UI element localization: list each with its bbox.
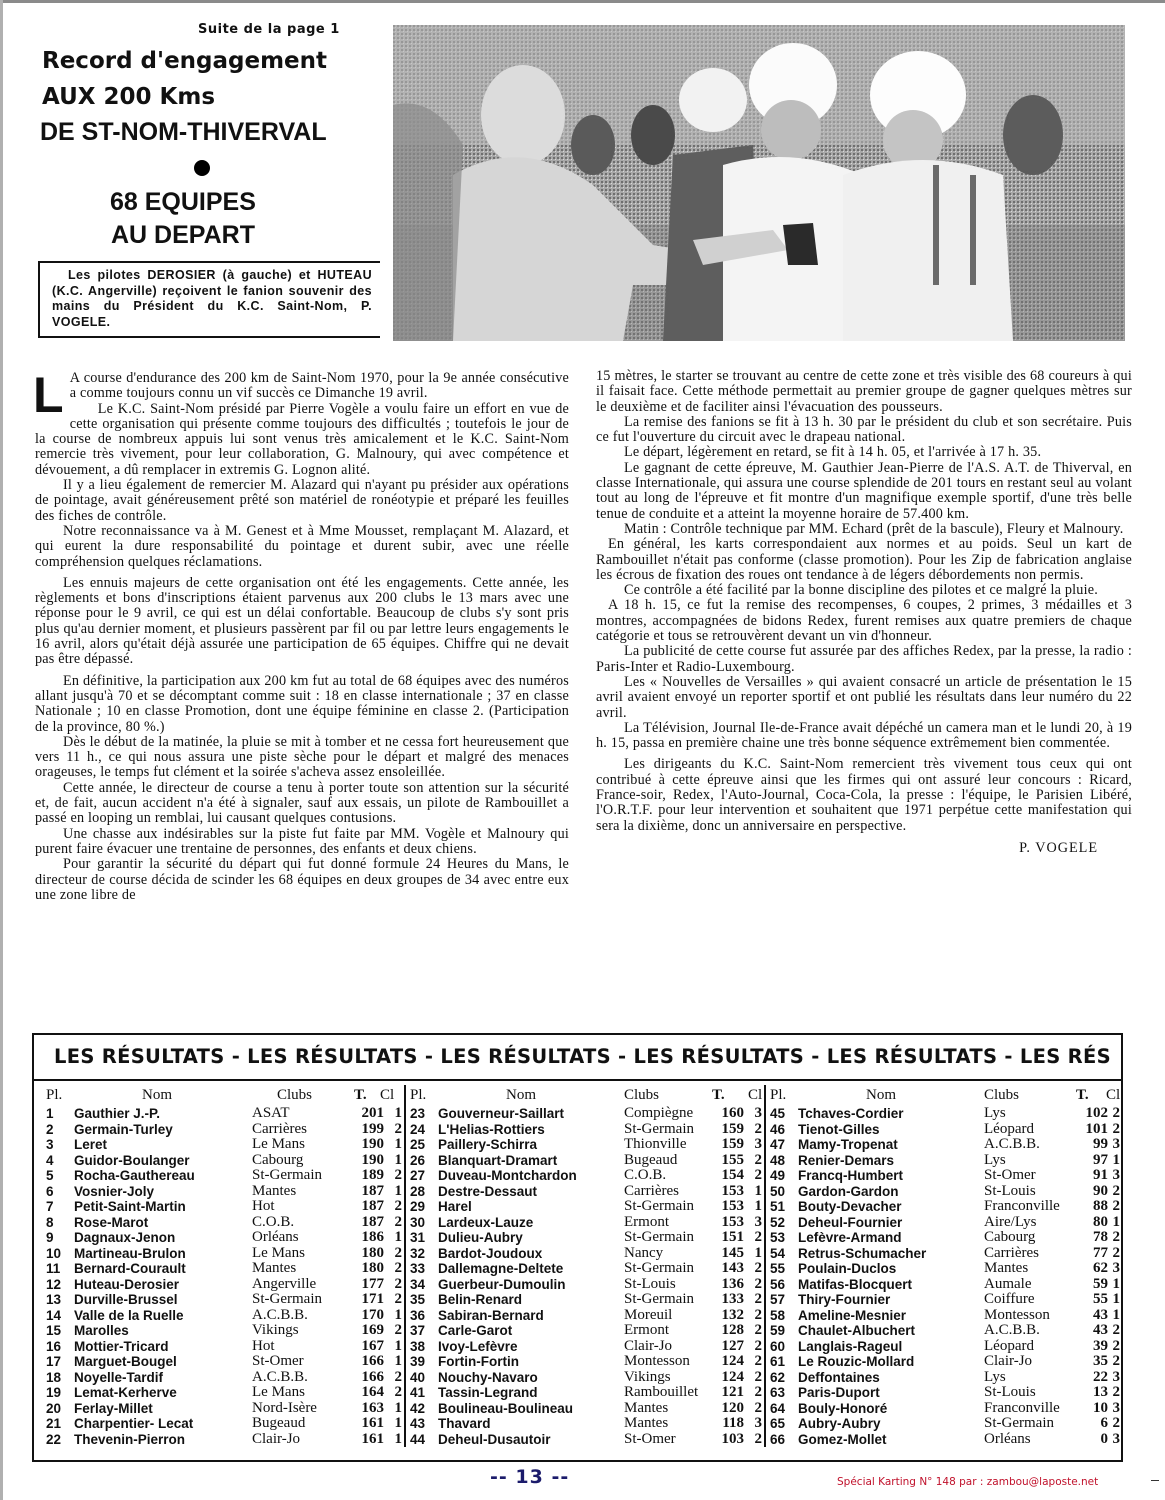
team-name: Rocha-Gauthereau	[74, 1168, 195, 1184]
class: 2	[388, 1385, 402, 1401]
drop-cap: L	[33, 374, 64, 418]
article-paragraph: Matin : Contrôle technique par MM. Echar…	[596, 522, 1132, 537]
table-row: 4Guidor-BoulangerCabourg1901	[42, 1153, 402, 1169]
place: 30	[410, 1215, 436, 1231]
team-name: Deffontaines	[798, 1370, 880, 1386]
table-row: 39Fortin-FortinMontesson1242	[406, 1354, 766, 1370]
laps: 164	[352, 1385, 384, 1401]
table-row: 34Guerbeur-DumoulinSt-Louis1362	[406, 1277, 766, 1293]
caption-text: Les pilotes DEROSIER (à gauche) et HUTEA…	[52, 268, 372, 329]
club-name: Thionville	[624, 1137, 687, 1153]
team-name: Guerbeur-Dumoulin	[438, 1277, 566, 1293]
laps: 169	[352, 1323, 384, 1339]
club-name: St-Omer	[984, 1168, 1036, 1184]
column-header-t: T.	[712, 1087, 732, 1104]
club-name: Cabourg	[984, 1230, 1035, 1246]
laps: 166	[352, 1370, 384, 1386]
table-row: 48Renier-DemarsLys971	[766, 1153, 1122, 1169]
table-row: 43ThavardMantes1183	[406, 1416, 766, 1432]
team-name: Paillery-Schirra	[438, 1137, 537, 1153]
place: 44	[410, 1432, 436, 1448]
team-name: Vosnier-Joly	[74, 1184, 154, 1200]
place: 54	[770, 1246, 796, 1262]
results-header-row: Pl.NomClubsT.Cl	[406, 1087, 766, 1106]
table-row: 66Gomez-MolletOrléans03	[766, 1432, 1122, 1448]
laps: 166	[352, 1354, 384, 1370]
place: 65	[770, 1416, 796, 1432]
class: 3	[748, 1416, 762, 1432]
place: 17	[46, 1354, 72, 1370]
team-name: Ameline-Mesnier	[798, 1308, 906, 1324]
class: 2	[1106, 1339, 1120, 1355]
class: 3	[1106, 1168, 1120, 1184]
class: 2	[1106, 1184, 1120, 1200]
club-name: Aumale	[984, 1277, 1031, 1293]
table-row: 19Lemat-KerherveLe Mans1642	[42, 1385, 402, 1401]
photo-caption: Les pilotes DEROSIER (à gauche) et HUTEA…	[38, 261, 380, 338]
club-name: Clair-Jo	[624, 1339, 672, 1355]
table-row: 41Tassin-LegrandRambouillet1212	[406, 1385, 766, 1401]
team-name: Francq-Humbert	[798, 1168, 903, 1184]
laps: 121	[712, 1385, 744, 1401]
place: 19	[46, 1385, 72, 1401]
place: 51	[770, 1199, 796, 1215]
table-row: 26Blanquart-DramartBugeaud1552	[406, 1153, 766, 1169]
class: 2	[748, 1308, 762, 1324]
class: 3	[748, 1215, 762, 1231]
table-row: 7Petit-Saint-MartinHot1872	[42, 1199, 402, 1215]
class: 1	[1106, 1308, 1120, 1324]
team-name: Tienot-Gilles	[798, 1122, 880, 1138]
team-name: Harel	[438, 1199, 472, 1215]
place: 47	[770, 1137, 796, 1153]
class: 2	[1106, 1323, 1120, 1339]
table-row: 16Mottier-TricardHot1671	[42, 1339, 402, 1355]
class: 1	[388, 1230, 402, 1246]
class: 1	[388, 1106, 402, 1122]
laps: 160	[712, 1106, 744, 1122]
place: 5	[46, 1168, 72, 1184]
place: 62	[770, 1370, 796, 1386]
place: 28	[410, 1184, 436, 1200]
club-name: Hot	[252, 1199, 275, 1215]
class: 3	[1106, 1401, 1120, 1417]
table-row: 38Ivoy-LefèvreClair-Jo1272	[406, 1339, 766, 1355]
class: 1	[388, 1401, 402, 1417]
class: 2	[748, 1292, 762, 1308]
article-right-column: 15 mètres, le starter se trouvant au cen…	[596, 369, 1132, 856]
table-row: 64Bouly-HonoréFranconville103	[766, 1401, 1122, 1417]
laps: 133	[712, 1292, 744, 1308]
place: 38	[410, 1339, 436, 1355]
results-column-3: Pl.NomClubsT.Cl45Tchaves-CordierLys10224…	[764, 1085, 1122, 1447]
team-name: Thavard	[438, 1416, 491, 1432]
headline-line-4: 68 EQUIPES	[110, 188, 256, 217]
team-name: Sabiran-Bernard	[438, 1308, 544, 1324]
club-name: St-Omer	[624, 1432, 676, 1448]
laps: 132	[712, 1308, 744, 1324]
laps: 6	[1076, 1416, 1108, 1432]
laps: 186	[352, 1230, 384, 1246]
place: 48	[770, 1153, 796, 1169]
class: 1	[388, 1339, 402, 1355]
class: 2	[388, 1323, 402, 1339]
club-name: Angerville	[252, 1277, 316, 1293]
club-name: Carrières	[984, 1246, 1039, 1262]
club-name: A.C.B.B.	[252, 1308, 308, 1324]
class: 2	[748, 1230, 762, 1246]
column-header-nom: Nom	[506, 1087, 536, 1104]
class: 2	[748, 1122, 762, 1138]
table-row: 1Gauthier J.-P.ASAT2011	[42, 1106, 402, 1122]
club-name: C.O.B.	[252, 1215, 294, 1231]
article-signature: P. VOGELE	[596, 841, 1132, 856]
column-header-clubs: Clubs	[277, 1087, 312, 1104]
class: 2	[1106, 1230, 1120, 1246]
laps: 62	[1076, 1261, 1108, 1277]
class: 3	[748, 1137, 762, 1153]
team-name: Dallemagne-Deltete	[438, 1261, 563, 1277]
place: 3	[46, 1137, 72, 1153]
article-paragraph: La remise des fanions se fit à 13 h. 30 …	[596, 415, 1132, 446]
team-name: Lefèvre-Armand	[798, 1230, 902, 1246]
laps: 154	[712, 1168, 744, 1184]
laps: 43	[1076, 1308, 1108, 1324]
results-table: LES RÉSULTATS - LES RÉSULTATS - LES RÉSU…	[32, 1033, 1123, 1462]
club-name: C.O.B.	[624, 1168, 666, 1184]
team-name: Duveau-Montchardon	[438, 1168, 577, 1184]
class: 3	[1106, 1432, 1120, 1448]
team-name: Le Rouzic-Mollard	[798, 1354, 914, 1370]
class: 1	[388, 1153, 402, 1169]
place: 41	[410, 1385, 436, 1401]
class: 3	[1106, 1370, 1120, 1386]
club-name: Mantes	[252, 1261, 296, 1277]
laps: 88	[1076, 1199, 1108, 1215]
table-row: 15MarollesVikings1692	[42, 1323, 402, 1339]
class: 2	[1106, 1106, 1120, 1122]
laps: 153	[712, 1184, 744, 1200]
class: 2	[388, 1261, 402, 1277]
club-name: Léopard	[984, 1339, 1034, 1355]
team-name: Thiry-Fournier	[798, 1292, 890, 1308]
laps: 22	[1076, 1370, 1108, 1386]
laps: 124	[712, 1354, 744, 1370]
team-name: Lardeux-Lauze	[438, 1215, 533, 1231]
class: 1	[748, 1184, 762, 1200]
club-name: St-Germain	[624, 1292, 694, 1308]
laps: 180	[352, 1261, 384, 1277]
credit-line: Spécial Karting N° 148 par : zambou@lapo…	[837, 1476, 1098, 1488]
team-name: Marolles	[74, 1323, 129, 1339]
team-name: Bernard-Courault	[74, 1261, 186, 1277]
table-row: 32Bardot-JoudouxNancy1451	[406, 1246, 766, 1262]
club-name: Mantes	[252, 1184, 296, 1200]
team-name: Blanquart-Dramart	[438, 1153, 557, 1169]
laps: 161	[352, 1432, 384, 1448]
place: 34	[410, 1277, 436, 1293]
article-left-column: LA course d'endurance des 200 km de Sain…	[35, 371, 569, 903]
table-row: 27Duveau-MontchardonC.O.B.1542	[406, 1168, 766, 1184]
place: 8	[46, 1215, 72, 1231]
class: 2	[748, 1153, 762, 1169]
club-name: A.C.B.B.	[984, 1137, 1040, 1153]
article-paragraph: Notre reconnaissance va à M. Genest et à…	[35, 524, 569, 570]
class: 2	[388, 1246, 402, 1262]
laps: 145	[712, 1246, 744, 1262]
club-name: Orléans	[984, 1432, 1031, 1448]
table-row: 35Belin-RenardSt-Germain1332	[406, 1292, 766, 1308]
class: 2	[748, 1385, 762, 1401]
class: 2	[748, 1432, 762, 1448]
team-name: Poulain-Duclos	[798, 1261, 896, 1277]
class: 2	[748, 1168, 762, 1184]
article-paragraph: Le K.C. Saint-Nom présidé par Pierre Vog…	[35, 402, 569, 478]
place: 29	[410, 1199, 436, 1215]
article-paragraph: Les ennuis majeurs de cette organisation…	[35, 576, 569, 668]
laps: 13	[1076, 1385, 1108, 1401]
laps: 189	[352, 1168, 384, 1184]
class: 2	[748, 1277, 762, 1293]
laps: 80	[1076, 1215, 1108, 1231]
place: 9	[46, 1230, 72, 1246]
results-column-2: Pl.NomClubsT.Cl23Gouverneur-SaillartComp…	[404, 1085, 766, 1447]
club-name: St-Germain	[624, 1199, 694, 1215]
team-name: Carle-Garot	[438, 1323, 512, 1339]
team-name: Aubry-Aubry	[798, 1416, 881, 1432]
article-paragraph: Dès le début de la matinée, la pluie se …	[35, 735, 569, 781]
class: 2	[388, 1199, 402, 1215]
article-paragraph: A 18 h. 15, ce fut la remise des recompe…	[596, 598, 1132, 644]
place: 49	[770, 1168, 796, 1184]
laps: 127	[712, 1339, 744, 1355]
place: 16	[46, 1339, 72, 1355]
laps: 167	[352, 1339, 384, 1355]
article-paragraph: En définitive, la participation aux 200 …	[35, 674, 569, 735]
table-row: 65Aubry-AubrySt-Germain62	[766, 1416, 1122, 1432]
column-header-cl: Cl	[1106, 1087, 1126, 1104]
club-name: Franconville	[984, 1199, 1060, 1215]
table-row: 61Le Rouzic-MollardClair-Jo352	[766, 1354, 1122, 1370]
class: 2	[1106, 1122, 1120, 1138]
class: 2	[1106, 1354, 1120, 1370]
class: 2	[748, 1261, 762, 1277]
laps: 78	[1076, 1230, 1108, 1246]
column-header-pl: Pl.	[46, 1087, 72, 1104]
table-row: 31Dulieu-AubrySt-Germain1512	[406, 1230, 766, 1246]
club-name: St-Germain	[624, 1122, 694, 1138]
place: 15	[46, 1323, 72, 1339]
table-row: 29HarelSt-Germain1531	[406, 1199, 766, 1215]
club-name: Hot	[252, 1339, 275, 1355]
team-name: Deheul-Dusautoir	[438, 1432, 551, 1448]
table-row: 47Mamy-TropenatA.C.B.B.993	[766, 1137, 1122, 1153]
place: 50	[770, 1184, 796, 1200]
place: 27	[410, 1168, 436, 1184]
club-name: Vikings	[252, 1323, 299, 1339]
results-header-row: Pl.NomClubsT.Cl	[766, 1087, 1122, 1106]
club-name: Carrières	[252, 1122, 307, 1138]
team-name: Martineau-Brulon	[74, 1246, 186, 1262]
place: 63	[770, 1385, 796, 1401]
place: 53	[770, 1230, 796, 1246]
paragraph-text: A course d'endurance des 200 km de Saint…	[70, 370, 569, 401]
article-paragraph: Cette année, le directeur de course a te…	[35, 781, 569, 827]
article-paragraph: Les « Nouvelles de Versailles » qui avai…	[596, 675, 1132, 721]
place: 61	[770, 1354, 796, 1370]
column-header-cl: Cl	[380, 1087, 400, 1104]
table-row: 46Tienot-GillesLéopard1012	[766, 1122, 1122, 1138]
article-paragraph: Pour garantir la sécurité du départ qui …	[35, 857, 569, 903]
table-row: 42Boulineau-BoulineauMantes1202	[406, 1401, 766, 1417]
team-name: Leret	[74, 1137, 107, 1153]
table-row: 55Poulain-DuclosMantes623	[766, 1261, 1122, 1277]
photo-president-handshake	[393, 25, 1125, 341]
laps: 97	[1076, 1153, 1108, 1169]
team-name: Germain-Turley	[74, 1122, 173, 1138]
club-name: Ermont	[624, 1215, 669, 1231]
class: 1	[388, 1416, 402, 1432]
class: 2	[388, 1215, 402, 1231]
place: 14	[46, 1308, 72, 1324]
place: 35	[410, 1292, 436, 1308]
table-row: 11Bernard-CouraultMantes1802	[42, 1261, 402, 1277]
place: 36	[410, 1308, 436, 1324]
team-name: Deheul-Fournier	[798, 1215, 902, 1231]
laps: 91	[1076, 1168, 1108, 1184]
laps: 153	[712, 1215, 744, 1231]
club-name: Lys	[984, 1153, 1006, 1169]
page-top-border	[0, 0, 1165, 3]
club-name: Montesson	[624, 1354, 690, 1370]
laps: 136	[712, 1277, 744, 1293]
table-row: 6Vosnier-JolyMantes1871	[42, 1184, 402, 1200]
table-row: 62DeffontainesLys223	[766, 1370, 1122, 1386]
club-name: Montesson	[984, 1308, 1050, 1324]
place: 20	[46, 1401, 72, 1417]
laps: 190	[352, 1137, 384, 1153]
table-row: 10Martineau-BrulonLe Mans1802	[42, 1246, 402, 1262]
article-paragraph: Les dirigeants du K.C. Saint-Nom remerci…	[596, 757, 1132, 833]
place: 25	[410, 1137, 436, 1153]
club-name: Nord-Isère	[252, 1401, 317, 1417]
club-name: St-Germain	[984, 1416, 1054, 1432]
club-name: Nancy	[624, 1246, 663, 1262]
table-row: 17Marguet-BougelSt-Omer1661	[42, 1354, 402, 1370]
place: 59	[770, 1323, 796, 1339]
photo-image-icon	[393, 25, 1125, 341]
laps: 43	[1076, 1323, 1108, 1339]
place: 12	[46, 1277, 72, 1293]
laps: 187	[352, 1215, 384, 1231]
table-row: 28Destre-DessautCarrières1531	[406, 1184, 766, 1200]
table-row: 3LeretLe Mans1901	[42, 1137, 402, 1153]
article-paragraph: La Télévision, Journal Ile-de-France ava…	[596, 721, 1132, 752]
club-name: St-Germain	[252, 1292, 322, 1308]
club-name: Cabourg	[252, 1153, 303, 1169]
team-name: Dulieu-Aubry	[438, 1230, 523, 1246]
club-name: Carrières	[624, 1184, 679, 1200]
team-name: Bouty-Devacher	[798, 1199, 902, 1215]
table-row: 53Lefèvre-ArmandCabourg782	[766, 1230, 1122, 1246]
laps: 10	[1076, 1401, 1108, 1417]
team-name: Tchaves-Cordier	[798, 1106, 904, 1122]
laps: 153	[712, 1199, 744, 1215]
class: 1	[388, 1308, 402, 1324]
laps: 101	[1076, 1122, 1108, 1138]
class: 3	[1106, 1261, 1120, 1277]
laps: 171	[352, 1292, 384, 1308]
laps: 190	[352, 1153, 384, 1169]
place: 21	[46, 1416, 72, 1432]
team-name: Bardot-Joudoux	[438, 1246, 542, 1262]
class: 2	[748, 1401, 762, 1417]
article-paragraph: Le départ, légèrement en retard, se fit …	[596, 445, 1132, 460]
team-name: Noyelle-Tardif	[74, 1370, 163, 1386]
team-name: Ferlay-Millet	[74, 1401, 153, 1417]
place: 57	[770, 1292, 796, 1308]
column-header-nom: Nom	[866, 1087, 896, 1104]
place: 39	[410, 1354, 436, 1370]
class: 2	[748, 1323, 762, 1339]
class: 1	[1106, 1277, 1120, 1293]
laps: 102	[1076, 1106, 1108, 1122]
club-name: Bugeaud	[252, 1416, 305, 1432]
team-name: Gomez-Mollet	[798, 1432, 887, 1448]
laps: 99	[1076, 1137, 1108, 1153]
place: 45	[770, 1106, 796, 1122]
laps: 170	[352, 1308, 384, 1324]
class: 2	[748, 1370, 762, 1386]
laps: 90	[1076, 1184, 1108, 1200]
class: 2	[388, 1292, 402, 1308]
place: 56	[770, 1277, 796, 1293]
column-header-clubs: Clubs	[624, 1087, 659, 1104]
team-name: Bouly-Honoré	[798, 1401, 887, 1417]
table-row: 13Durville-BrusselSt-Germain1712	[42, 1292, 402, 1308]
results-column-1: Pl.NomClubsT.Cl1Gauthier J.-P.ASAT20112G…	[42, 1087, 402, 1447]
club-name: Orléans	[252, 1230, 299, 1246]
team-name: Durville-Brussel	[74, 1292, 178, 1308]
team-name: Retrus-Schumacher	[798, 1246, 926, 1262]
club-name: Mantes	[624, 1416, 668, 1432]
place: 37	[410, 1323, 436, 1339]
laps: 163	[352, 1401, 384, 1417]
class: 1	[388, 1432, 402, 1448]
place: 52	[770, 1215, 796, 1231]
place: 18	[46, 1370, 72, 1386]
class: 1	[748, 1246, 762, 1262]
place: 24	[410, 1122, 436, 1138]
club-name: Mantes	[984, 1261, 1028, 1277]
team-name: Huteau-Derosier	[74, 1277, 179, 1293]
class: 1	[748, 1199, 762, 1215]
table-row: 40Nouchy-NavaroVikings1242	[406, 1370, 766, 1386]
place: 10	[46, 1246, 72, 1262]
table-row: 25Paillery-SchirraThionville1593	[406, 1137, 766, 1153]
place: 60	[770, 1339, 796, 1355]
place: 2	[46, 1122, 72, 1138]
club-name: St-Louis	[984, 1184, 1036, 1200]
column-header-pl: Pl.	[410, 1087, 436, 1104]
team-name: Matifas-Blocquert	[798, 1277, 912, 1293]
club-name: A.C.B.B.	[984, 1323, 1040, 1339]
column-header-nom: Nom	[142, 1087, 172, 1104]
place: 42	[410, 1401, 436, 1417]
table-row: 52Deheul-FournierAire/Lys801	[766, 1215, 1122, 1231]
table-row: 56Matifas-BlocquertAumale591	[766, 1277, 1122, 1293]
table-row: 30Lardeux-LauzeErmont1533	[406, 1215, 766, 1231]
